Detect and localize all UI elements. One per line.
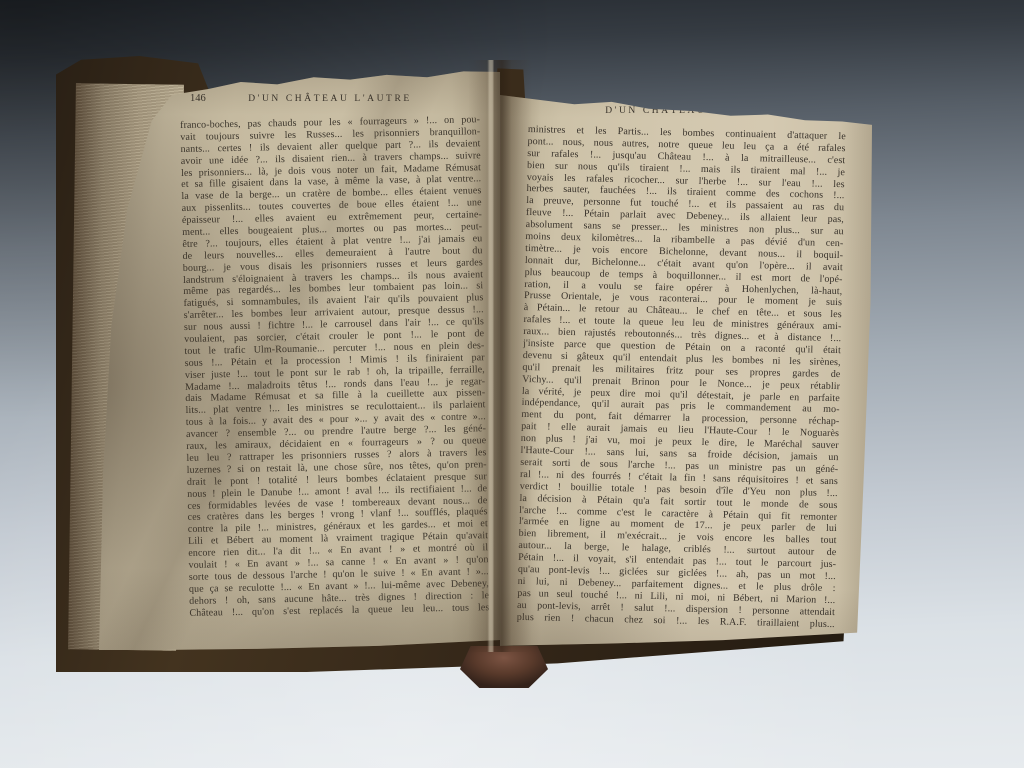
spine-bottom (460, 646, 548, 688)
photo-open-book: 146 D'UN CHÂTEAU L'AUTRE franco-boches, … (0, 0, 1024, 768)
right-page-text: ministres et les Partis... les bombes co… (517, 124, 846, 635)
left-page-text: franco-boches, pas chauds pour les « fou… (180, 114, 490, 622)
right-running-head: D'UN CHÂTEAU L'AUTRE 147 (528, 106, 846, 120)
left-page: 146 D'UN CHÂTEAU L'AUTRE franco-boches, … (95, 62, 500, 650)
right-page-number: 147 (828, 105, 844, 116)
left-running-header-title: D'UN CHÂTEAU L'AUTRE (180, 94, 480, 104)
right-running-header-title: D'UN CHÂTEAU L'AUTRE (528, 106, 846, 116)
right-page: D'UN CHÂTEAU L'AUTRE 147 ministres et le… (500, 72, 872, 647)
left-running-head: 146 D'UN CHÂTEAU L'AUTRE (180, 94, 480, 108)
